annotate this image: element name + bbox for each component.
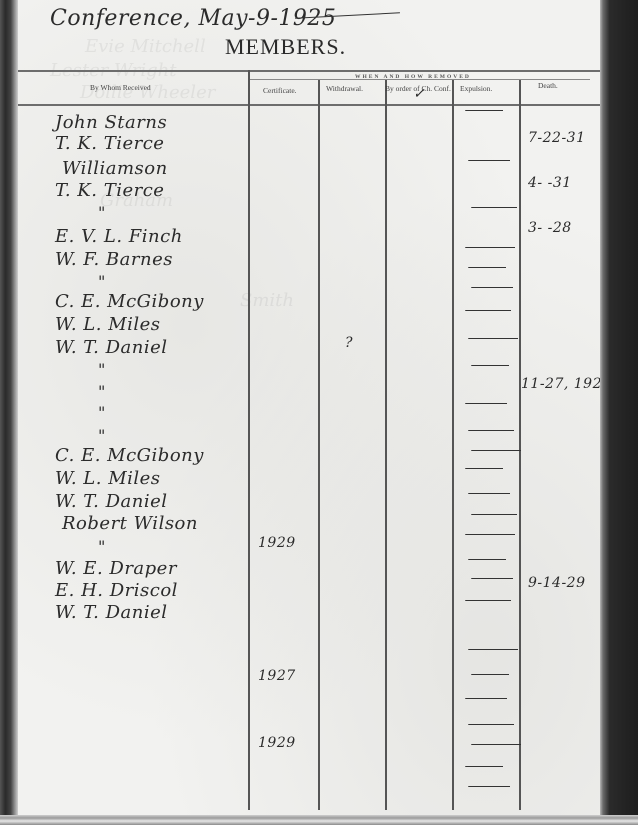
expulsion-dash-mark [468, 430, 514, 431]
expulsion-dash-mark [465, 468, 503, 469]
expulsion-dash-mark [471, 578, 513, 579]
expulsion-dash-mark [465, 403, 507, 404]
check-mark-icon: ✓ [413, 86, 425, 102]
death-date: 11-27, 1925 [521, 376, 611, 392]
expulsion-dash-mark [465, 247, 515, 248]
column-rule-expulsion [452, 80, 454, 810]
expulsion-dash-mark [471, 207, 517, 208]
member-entry: John Starns [55, 112, 167, 133]
death-date: 4- -31 [528, 175, 572, 191]
column-header-certificate: Certificate. [263, 86, 297, 95]
header-bottom-rule [18, 104, 605, 106]
expulsion-dash-mark [471, 744, 521, 745]
ditto-mark: " [98, 360, 106, 379]
expulsion-dash-mark [468, 724, 514, 725]
death-date: 7-22-31 [528, 130, 586, 146]
expulsion-dash-mark [468, 559, 506, 560]
expulsion-dash-mark [471, 287, 513, 288]
expulsion-dash-mark [468, 338, 518, 339]
death-date: 9-14-29 [528, 575, 586, 591]
member-entry: W. T. Daniel [55, 337, 168, 358]
left-book-spine [0, 0, 18, 815]
member-entry: W. F. Barnes [55, 249, 173, 270]
death-date: 3- -28 [528, 220, 572, 236]
expulsion-dash-mark [465, 766, 503, 767]
column-rule-withdrawal [318, 80, 320, 810]
member-entry: W. L. Miles [55, 314, 161, 335]
expulsion-dash-mark [468, 493, 510, 494]
ledger-page: Evie Mitchell Lester Wright Dollie Wheel… [10, 0, 605, 815]
member-entry: E. H. Driscol [55, 580, 178, 601]
expulsion-dash-mark [465, 110, 503, 111]
column-header-death: Death. [538, 81, 558, 90]
expulsion-dash-mark [471, 365, 509, 366]
member-entry: W. L. Miles [55, 468, 161, 489]
ditto-mark: " [98, 382, 106, 401]
member-entry: Robert Wilson [62, 513, 198, 534]
expulsion-dash-mark [471, 514, 517, 515]
member-entry: W. T. Daniel [55, 491, 168, 512]
ditto-mark: " [98, 203, 106, 222]
expulsion-dash-mark [468, 267, 506, 268]
expulsion-dash-mark [465, 698, 507, 699]
ditto-mark: " [98, 426, 106, 445]
member-entry: T. K. Tierce [55, 180, 164, 201]
member-entry: E. V. L. Finch [55, 226, 183, 247]
certificate-date: 1929 [258, 735, 296, 751]
withdrawal-mark: ? [345, 335, 353, 351]
expulsion-dash-mark [465, 310, 511, 311]
expulsion-dash-mark [471, 674, 509, 675]
expulsion-dash-mark [471, 450, 521, 451]
page-bottom-edge [0, 815, 638, 825]
column-header-withdrawal: Withdrawal. [326, 84, 363, 93]
expulsion-dash-mark [465, 534, 515, 535]
member-entry: W. T. Daniel [55, 602, 168, 623]
member-entry: W. E. Draper [55, 558, 177, 579]
ditto-mark: " [98, 272, 106, 291]
member-entry: T. K. Tierce [55, 133, 164, 154]
right-book-binding [600, 0, 638, 825]
expulsion-dash-mark [468, 160, 510, 161]
ditto-mark: " [98, 537, 106, 556]
bleed-through-text: Evie Mitchell [85, 36, 206, 57]
member-entry: Williamson [62, 158, 168, 179]
column-group-header-removed: WHEN AND HOW REMOVED [355, 74, 471, 80]
expulsion-dash-mark [465, 600, 511, 601]
column-rule-conf [385, 80, 387, 810]
column-header-expulsion: Expulsion. [460, 84, 492, 93]
conference-heading: Conference, May-9-1925 [50, 6, 336, 31]
certificate-date: 1929 [258, 535, 296, 551]
column-rule-death [519, 80, 521, 810]
column-rule-certificate [248, 70, 250, 810]
certificate-date: 1927 [258, 668, 296, 684]
page-title: MEMBERS. [225, 34, 346, 60]
member-entry: C. E. McGibony [55, 291, 204, 312]
column-header-received: By Whom Received [90, 83, 151, 92]
header-top-rule [18, 70, 605, 72]
member-entry: C. E. McGibony [55, 445, 204, 466]
ditto-mark: " [98, 403, 106, 422]
expulsion-dash-mark [468, 649, 518, 650]
expulsion-dash-mark [468, 786, 510, 787]
